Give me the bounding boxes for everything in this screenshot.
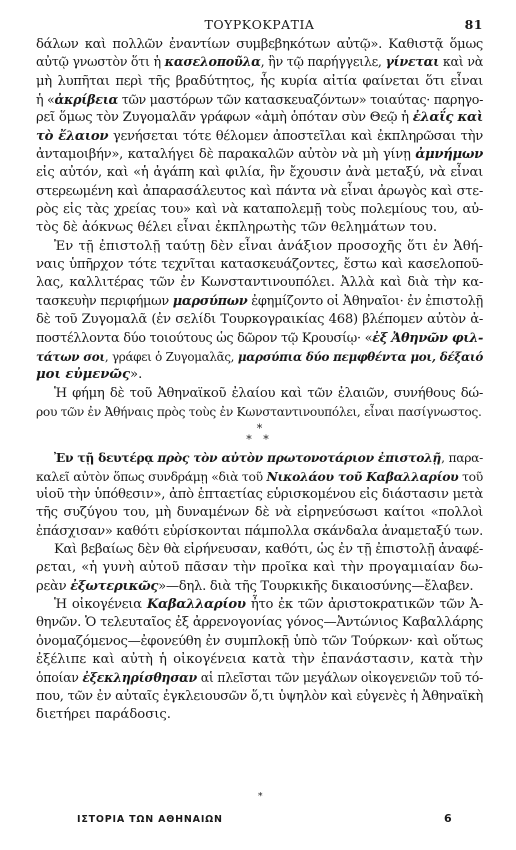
italic-text: ἀμνήμων — [415, 147, 483, 162]
text-line: Ἐν τῇ ἐπιστολῇ ταύτῃ δὲν εἶναι ἀνάξιον π… — [36, 238, 483, 256]
text-segment: ἐφημίζοντο οἱ Ἀθηναῖοι· ἐν ἐπιστολῇ — [247, 294, 483, 309]
text-line: τὸς δὲ ἀόκνως θέλει εἶναι ἐκπληρωτὴς τῶν… — [36, 219, 483, 237]
text-segment: Ἡ οἰκογένεια — [54, 597, 147, 612]
bold-text: Ἐν τῇ δευτέρᾳ — [54, 450, 154, 465]
text-line: ρεῖ ὅμως τὸν Ζυγομαλᾶν γράφων «ἀμὴ ὁπότα… — [36, 109, 483, 127]
text-segment: τασκευὴν περιφήμων — [36, 294, 173, 309]
italic-text: ἐξ Ἀθηνῶν φιλ- — [372, 331, 483, 346]
text-line: Ἐν τῇ δευτέρᾳ πρὸς τὸν αὐτὸν πρωτονοτάρι… — [36, 449, 483, 467]
text-segment: ρεῖ ὅμως τὸν Ζυγομαλᾶν γράφων «ἀμὴ ὁπότα… — [36, 110, 413, 125]
italic-text: Νικολάου τοῦ Καβαλλαρίου — [267, 469, 459, 484]
italic-text: ἐξωτερικῶς — [70, 579, 158, 594]
text-segment: αὐτῷ γνωστὸν ὅτι ἡ — [36, 55, 165, 70]
text-line: θηνῶν. Ὁ τελευταῖος ἐξ ἀρρενογονίας γόνο… — [36, 614, 483, 632]
italic-text: ἐξεκληρίσθησαν — [82, 670, 197, 685]
printer-signature: ΙΣΤΟΡΙΑ ΤΩΝ ΑΘΗΝΑΙΩΝ — [77, 814, 223, 825]
italic-text: μαρσύπια δύο πεμφθέντα μοι, δέξαιό — [238, 350, 483, 364]
text-line: Ἡ φήμη δὲ τοῦ Ἀθηναϊκοῦ ἐλαίου καὶ τῶν ἐ… — [36, 385, 483, 403]
text-segment: τῶν μαστόρων τῶν κατασκευαζόντων» τοιαύτ… — [118, 92, 483, 107]
text-line: ἀνταμοιβήν», καταλήγει δὲ παρακαλῶν αὐτὸ… — [36, 146, 483, 164]
text-line: λας, καλλιτέρας τῶν ἐν Κωνσταντινουπόλει… — [36, 274, 483, 292]
italic-text: Καβαλλαρίου — [147, 597, 246, 612]
text-segment: ἀνταμοιβήν», καταλήγει δὲ παρακαλῶν αὐτὸ… — [36, 147, 415, 162]
text-segment: ρὸς εἰς τὰς χρείας του» καὶ νὰ καταπολεμ… — [36, 202, 483, 217]
paragraph: Ἐν τῇ δευτέρᾳ πρὸς τὸν αὐτὸν πρωτονοτάρι… — [36, 449, 483, 541]
text-line: ὁποίαν ἐξεκληρίσθησαν αἱ πλεῖσται τῶν με… — [36, 669, 483, 687]
running-title: ΤΟΥΡΚΟΚΡΑΤΙΑ — [36, 17, 483, 32]
text-line: Ἡ οἰκογένεια Καβαλλαρίου ἦτο ἐκ τῶν ἀρισ… — [36, 596, 483, 614]
text-line: μοι εὐμενῶς». — [36, 366, 483, 384]
italic-text: μοι εὐμενῶς — [36, 367, 130, 382]
text-segment: ἐξέλιπε καὶ αὐτὴ ἡ οἰκογένεια κατὰ τὴν ἐ… — [36, 652, 483, 667]
text-line: τῆς συζύγου του, μὴ δυναμένων δὲ νὰ εἰρη… — [36, 504, 483, 522]
italic-text: ἐλαΐς καὶ — [413, 110, 483, 125]
text-segment: Καὶ βεβαίως δὲν θὰ εἰρήνευσαν, καθότι, ὡ… — [54, 542, 483, 557]
text-segment: ναις ὑπῆρχον τότε τεχνῖται κατασκευάζοντ… — [36, 257, 483, 272]
text-line: ἐξέλιπε καὶ αὐτὴ ἡ οἰκογένεια κατὰ τὴν ἐ… — [36, 651, 483, 669]
text-line: στερεωμένη καὶ ἀπαρασάλευτος καὶ πάντα ν… — [36, 183, 483, 201]
italic-text: πρὸς τὸν αὐτὸν πρωτονοτάριον ἐπιστολῇ — [157, 450, 441, 465]
text-line: τάτων σοι, γράφει ὁ Ζυγομαλᾶς, μαρσύπια … — [36, 348, 483, 366]
paragraph: Ἐν τῇ ἐπιστολῇ ταύτῃ δὲν εἶναι ἀνάξιον π… — [36, 238, 483, 385]
book-page: ΤΟΥΡΚΟΚΡΑΤΙΑ 81 δάλων καὶ πολλῶν ἐναντίω… — [0, 0, 516, 850]
text-segment: αἱ πλεῖσται τῶν μεγάλων οἰκογενειῶν τοῦ … — [197, 670, 483, 685]
text-segment: ἦτο ἐκ τῶν ἀριστοκρατικῶν τῶν Ἀ- — [246, 597, 483, 612]
text-segment: ρεται, «ἡ γυνὴ αὐτοῦ πᾶσαν τὴν προῖκα κα… — [36, 560, 483, 575]
italic-text: τὸ ἔλαιον — [36, 129, 108, 144]
text-segment: τοῦ — [458, 470, 483, 484]
text-segment: Ἡ φήμη δὲ τοῦ Ἀθηναϊκοῦ ἐλαίου καὶ τῶν ἐ… — [54, 386, 483, 401]
text-segment: ». — [130, 367, 142, 382]
text-line: ρεται, «ἡ γυνὴ αὐτοῦ πᾶσαν τὴν προῖκα κα… — [36, 559, 483, 577]
italic-text: τάτων σοι — [36, 350, 105, 364]
text-line: εἰς αὐτόν, καὶ «ἡ ἀγάπη καὶ φιλία, ἣν ἔχ… — [36, 164, 483, 182]
italic-text: ἀκρίβεια — [55, 92, 119, 107]
text-line: αὐτῷ γνωστὸν ὅτι ἡ κασελοποῦλα, ἣν τῷ πα… — [36, 54, 483, 72]
text-line: τασκευὴν περιφήμων μαρσύπων ἐφημίζοντο ο… — [36, 293, 483, 311]
text-segment: λας, καλλιτέρας τῶν ἐν Κωνσταντινουπόλει… — [36, 275, 483, 290]
text-line: που, τῶν ἐν αὐταῖς ἐγκλειουσῶν ὅ,τι ὑψηλ… — [36, 688, 483, 706]
text-segment: καὶ νὰ — [439, 55, 483, 70]
text-line: καλεῖ αὐτὸν ὅπως συνδράμῃ «διὰ τοῦ Νικολ… — [36, 468, 483, 486]
section-separator-stars: * * — [36, 434, 483, 445]
text-line: ὀνομαζόμενος—ἐφονεύθη ἐν συμπλοκῇ ὑπὸ τῶ… — [36, 633, 483, 651]
text-line: ἐπάσχισαν» καθότι εὑρίσκονται πάμπολλα σ… — [36, 523, 483, 541]
text-segment: δὲ τοῦ Ζυγομαλᾶ (ἐν σελίδι Τουρκογραικία… — [36, 312, 483, 327]
text-segment: ρεὰν — [36, 579, 70, 594]
running-head: ΤΟΥΡΚΟΚΡΑΤΙΑ 81 — [36, 17, 483, 35]
text-segment: τῆς συζύγου του, μὴ δυναμένων δὲ νὰ εἰρη… — [36, 505, 483, 520]
text-segment: διετήρει παράδοσις. — [36, 707, 171, 722]
text-segment: , ἣν τῷ παρήγγειλε, — [261, 55, 386, 70]
text-line: δὲ τοῦ Ζυγομαλᾶ (ἐν σελίδι Τουρκογραικία… — [36, 311, 483, 329]
text-segment: , γράφει ὁ Ζυγομαλᾶς, — [105, 350, 238, 364]
text-line: Καὶ βεβαίως δὲν θὰ εἰρήνευσαν, καθότι, ὡ… — [36, 541, 483, 559]
text-segment: καλεῖ αὐτὸν ὅπως συνδράμῃ «διὰ τοῦ — [36, 470, 267, 484]
text-line: διετήρει παράδοσις. — [36, 706, 483, 724]
text-segment: ὀνομαζόμενος—ἐφονεύθη ἐν συμπλοκῇ ὑπὸ τῶ… — [36, 634, 483, 649]
paragraph: δάλων καὶ πολλῶν ἐναντίων συμβεβηκότων α… — [36, 36, 483, 238]
text-line: ρεὰν ἐξωτερικῶς»—δηλ. διὰ τῆς Τουρκικῆς … — [36, 578, 483, 596]
text-segment: γενήσεται τότε θέλομεν ἀποστεῖλαι καὶ ἐκ… — [108, 129, 483, 144]
text-segment: υἱοῦ τὴν ὑπόθεσιν», ἀπὸ ἑπταετίας εὑρισκ… — [36, 487, 483, 502]
paragraph: Ἡ οἰκογένεια Καβαλλαρίου ἦτο ἐκ τῶν ἀρισ… — [36, 596, 483, 724]
text-segment: »—δηλ. διὰ τῆς Τουρκικῆς δικαιοσύνης—ἔλα… — [158, 579, 473, 594]
paragraph: Ἡ φήμη δὲ τοῦ Ἀθηναϊκοῦ ἐλαίου καὶ τῶν ἐ… — [36, 385, 483, 422]
text-segment: Ἐν τῇ ἐπιστολῇ ταύτῃ δὲν εἶναι ἀνάξιον π… — [54, 239, 483, 254]
text-segment: ἐπάσχισαν» καθότι εὑρίσκονται πάμπολλα σ… — [36, 524, 483, 539]
footer-star: * — [258, 792, 263, 802]
text-line: ποστέλλοντα δύο τοιούτους ὡς δῶρον τῷ Κρ… — [36, 330, 483, 348]
text-line: ρὸς εἰς τὰς χρείας του» καὶ νὰ καταπολεμ… — [36, 201, 483, 219]
text-segment: ὁποίαν — [36, 670, 82, 685]
text-line: τὸ ἔλαιον γενήσεται τότε θέλομεν ἀποστεῖ… — [36, 128, 483, 146]
text-segment: στερεωμένη καὶ ἀπαρασάλευτος καὶ πάντα ν… — [36, 184, 483, 199]
text-segment: ποστέλλοντα δύο τοιούτους ὡς δῶρον τῷ Κρ… — [36, 331, 372, 346]
page-number: 81 — [465, 17, 483, 32]
paragraph: Καὶ βεβαίως δὲν θὰ εἰρήνευσαν, καθότι, ὡ… — [36, 541, 483, 596]
text-line: ναις ὑπῆρχον τότε τεχνῖται κατασκευάζοντ… — [36, 256, 483, 274]
body-text: δάλων καὶ πολλῶν ἐναντίων συμβεβηκότων α… — [36, 36, 483, 724]
text-line: μὴ λυπῆται περὶ τῆς βραδύτητος, ἧς κυρία… — [36, 73, 483, 91]
text-segment: τὸς δὲ ἀόκνως θέλει εἶναι ἐκπληρωτὴς τῶν… — [36, 220, 437, 235]
text-segment: δάλων καὶ πολλῶν ἐναντίων συμβεβηκότων α… — [36, 37, 483, 52]
signature-number: 6 — [444, 812, 452, 825]
italic-text: γίνεται — [385, 55, 439, 70]
text-segment: θηνῶν. Ὁ τελευταῖος ἐξ ἀρρενογονίας γόνο… — [36, 615, 483, 630]
text-segment: ρου τῶν ἐν Ἀθήναις πρὸς τοὺς ἐν Κωνσταντ… — [36, 405, 482, 419]
text-segment: μὴ λυπῆται περὶ τῆς βραδύτητος, ἧς κυρία… — [36, 74, 483, 89]
text-segment: ἡ « — [36, 92, 55, 107]
text-segment: εἰς αὐτόν, καὶ «ἡ ἀγάπη καὶ φιλία, ἣν ἔχ… — [36, 165, 483, 180]
text-segment: , παρα- — [441, 451, 483, 465]
italic-text: μαρσύπων — [173, 294, 248, 309]
text-line: ρου τῶν ἐν Ἀθήναις πρὸς τοὺς ἐν Κωνσταντ… — [36, 403, 483, 421]
text-line: υἱοῦ τὴν ὑπόθεσιν», ἀπὸ ἑπταετίας εὑρισκ… — [36, 486, 483, 504]
text-line: δάλων καὶ πολλῶν ἐναντίων συμβεβηκότων α… — [36, 36, 483, 54]
italic-text: κασελοποῦλα — [165, 55, 261, 70]
text-line: ἡ «ἀκρίβεια τῶν μαστόρων τῶν κατασκευαζό… — [36, 91, 483, 109]
text-segment: που, τῶν ἐν αὐταῖς ἐγκλειουσῶν ὅ,τι ὑψηλ… — [36, 689, 483, 704]
